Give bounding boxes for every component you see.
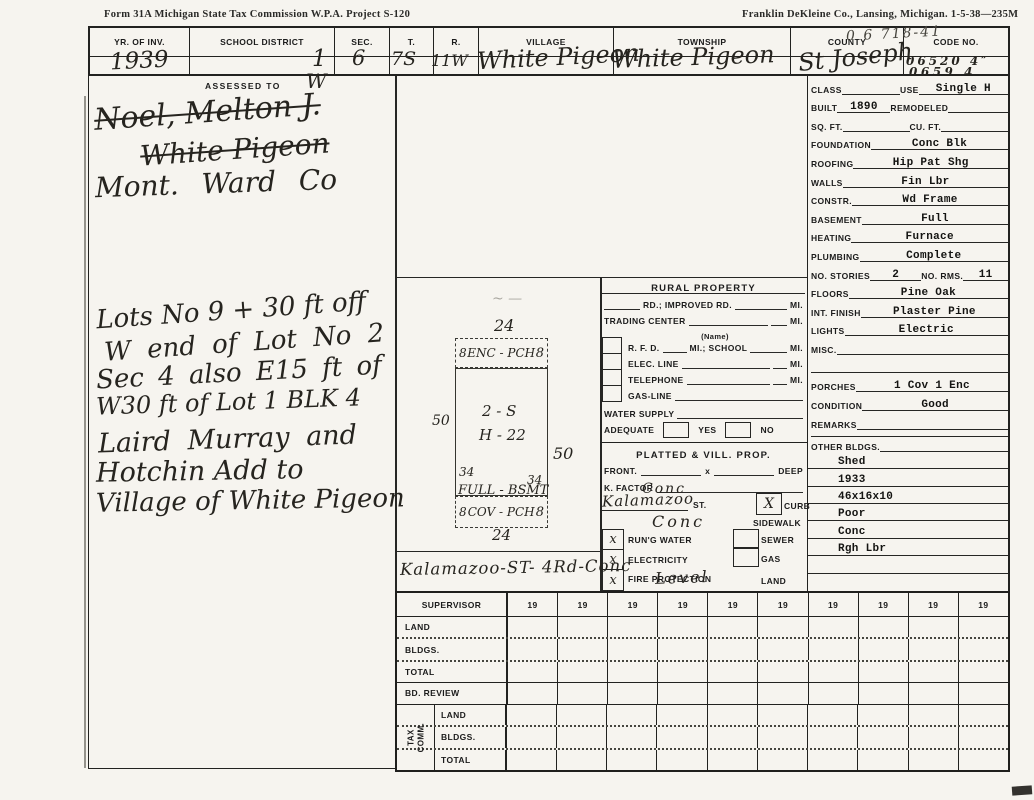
row-label-cell: LAND	[435, 705, 506, 725]
street-frontage-note: Kalamazoo-ST- 4Rd-Conc	[400, 558, 632, 579]
value-cell	[707, 617, 757, 637]
other-bldg-row: Shed	[808, 452, 1008, 469]
trading-name-blank	[689, 314, 768, 326]
value-cell	[908, 683, 958, 703]
field-misc: MISC.	[808, 336, 1008, 355]
value-cell	[857, 750, 907, 770]
tax-comm-rotated-label: TAX COMM.	[397, 705, 435, 770]
supervisor-bldgs-row: BLDGS.	[397, 639, 1008, 661]
value-cell	[507, 617, 557, 637]
foundation-value-line: Conc Blk	[871, 131, 1008, 151]
year-header-cell: 19	[707, 593, 757, 616]
value-cell	[808, 662, 858, 682]
heating-label: HEATING	[811, 233, 851, 243]
value-cell	[657, 639, 707, 659]
value-cell	[606, 727, 656, 747]
field-floors: FLOORSPine Oak	[808, 281, 1008, 300]
tax-comm-total-row: TOTAL	[397, 750, 1008, 770]
other-bldg-row-empty	[808, 556, 1008, 573]
value-cell	[556, 727, 606, 747]
telephone-mi-label: MI.	[790, 375, 803, 385]
value-cell	[858, 639, 908, 659]
deep-blank	[714, 464, 774, 476]
year-label: 19	[978, 600, 988, 610]
street-name-rule	[602, 510, 688, 511]
int-finish-value-line: Plaster Pine	[861, 298, 1008, 318]
condition-value: Good	[921, 400, 949, 411]
electricity-checkbox: x	[602, 549, 624, 570]
value-cell	[958, 750, 1008, 770]
value-cell	[757, 750, 807, 770]
remarks-blank	[857, 410, 1008, 430]
porch-dim-right: 8	[536, 506, 544, 519]
heating-value-line: Furnace	[851, 224, 1008, 244]
value-cell	[507, 639, 557, 659]
condition-value-line: Good	[862, 391, 1008, 411]
lights-value: Electric	[899, 325, 954, 336]
sq-ft-blank	[843, 112, 910, 132]
stories-value: 2	[892, 270, 899, 281]
built-label: BUILT	[811, 103, 837, 113]
value-cell	[958, 662, 1008, 682]
other-bldg-type: Shed	[838, 457, 866, 468]
other-bldgs-label: OTHER BLDGS.	[811, 442, 880, 452]
electricity-checkmark: x	[609, 553, 616, 566]
porch-dim-left: 8	[459, 506, 467, 518]
elec-mi-label: MI.	[790, 359, 803, 369]
gas-line-row: GAS-LINE	[628, 386, 803, 401]
building-detail-column: CLASS USESingle H BUILT1890 REMODELED SQ…	[807, 76, 1010, 591]
foundation-value: Conc Blk	[912, 139, 967, 150]
other-bldg-row: Conc	[808, 521, 1008, 538]
value-cell	[908, 617, 958, 637]
year-header-cell: 19	[507, 593, 557, 616]
field-condition: CONDITIONGood	[808, 392, 1008, 411]
land-row-label: LAND	[405, 622, 430, 632]
blank-rule	[811, 354, 1008, 373]
row-label-cell: BD. REVIEW	[397, 683, 507, 703]
value-cell	[757, 617, 807, 637]
field-porches: PORCHES1 Cov 1 Enc	[808, 373, 1008, 392]
trading-miles-blank	[771, 314, 787, 326]
porch-dim-left: 8	[459, 347, 467, 359]
elec-blank	[682, 357, 770, 369]
porch-dim-right: 8	[536, 347, 544, 360]
other-bldg-row: 1933	[808, 469, 1008, 486]
other-bldgs-blank	[880, 436, 1008, 452]
value-cell	[757, 727, 807, 747]
stories-note: 2 - S	[482, 404, 516, 419]
field-stories-rooms: NO. STORIES2 NO. RMS.11	[808, 262, 1008, 281]
range-value: 11W	[431, 53, 468, 69]
constr-value: Wd Frame	[902, 195, 957, 206]
value-cell	[707, 705, 757, 725]
rooms-value-line: 11	[963, 261, 1008, 281]
value-cell	[707, 750, 757, 770]
water-supply-label: WATER SUPPLY	[604, 409, 674, 419]
value-cell	[657, 617, 707, 637]
value-cell	[958, 705, 1008, 725]
front-deep-row: FRONT. x DEEP	[604, 460, 803, 476]
field-roofing: ROOFINGHip Pat Shg	[808, 150, 1008, 169]
other-bldg-year: 1933	[838, 475, 866, 486]
st-label: ST.	[693, 500, 706, 510]
plumbing-label: PLUMBING	[811, 252, 860, 262]
sketch-top-dimension: 24	[494, 318, 514, 334]
supervisor-land-row: LAND	[397, 617, 1008, 639]
value-cell	[858, 617, 908, 637]
year-header-cell: 19	[858, 593, 908, 616]
form-id-line: Form 31A Michigan State Tax Commission W…	[104, 9, 410, 20]
constr-label: CONSTR.	[811, 196, 852, 206]
value-cell	[507, 683, 557, 703]
value-cell	[808, 617, 858, 637]
assessment-history-table: SUPERVISOR 19 19 19 19 19 19 19 19 19 19…	[395, 591, 1010, 772]
telephone-checkbox	[602, 369, 622, 386]
sidewalk-label: SIDEWALK	[753, 518, 801, 528]
value-cell	[606, 750, 656, 770]
row-label-cell: TOTAL	[397, 662, 507, 682]
front-label: FRONT.	[604, 466, 637, 476]
supervisor-header-cell: SUPERVISOR	[397, 593, 507, 616]
trading-mi-label: MI.	[790, 316, 803, 326]
bldgs-row-label: BLDGS.	[405, 645, 440, 655]
porches-label: PORCHES	[811, 382, 856, 392]
value-cell	[707, 683, 757, 703]
constr-value-line: Wd Frame	[852, 187, 1008, 207]
curb-checkbox: X	[756, 493, 782, 515]
built-value-line: 1890	[837, 94, 890, 114]
basement-value: Full	[921, 214, 949, 225]
assessment-header-row: SUPERVISOR 19 19 19 19 19 19 19 19 19 19	[397, 593, 1008, 617]
scan-corner-mark	[1012, 785, 1033, 795]
enclosed-porch-label: ENC - PCH	[467, 347, 535, 359]
value-cell	[607, 662, 657, 682]
school-blank	[750, 341, 787, 353]
year-label: 19	[828, 600, 838, 610]
value-cell	[908, 705, 958, 725]
other-bldg-walls: Rgh Lbr	[838, 544, 886, 555]
value-cell	[958, 727, 1008, 747]
rural-title-rule	[602, 293, 805, 294]
sketch-street-divider	[395, 551, 600, 552]
tax-comm-land-row: LAND	[397, 705, 1008, 727]
town-value: 7S	[391, 50, 416, 69]
value-cell	[908, 727, 958, 747]
page-fold-edge	[84, 96, 86, 768]
lights-value-line: Electric	[845, 317, 1008, 337]
value-cell	[506, 705, 556, 725]
year-header-cell: 19	[808, 593, 858, 616]
use-value: Single H	[936, 84, 991, 95]
value-cell	[857, 705, 907, 725]
year-label: 19	[578, 600, 588, 610]
rfd-mi-label: MI.	[790, 343, 803, 353]
spacer-rule-row	[808, 355, 1008, 373]
deep-label: DEEP	[778, 466, 803, 476]
year-label: 19	[728, 600, 738, 610]
township-value: White Pigeon	[612, 42, 775, 72]
yes-checkbox	[663, 422, 689, 438]
telephone-label: TELEPHONE	[628, 375, 684, 385]
year-label: 19	[527, 600, 537, 610]
tax-comm-label: TAX COMM.	[406, 719, 425, 757]
assessed-to-label: ASSESSED TO	[205, 81, 281, 91]
sewer-checkbox	[733, 529, 759, 549]
electricity-label: ELECTRICITY	[628, 555, 688, 565]
sidewalk-surface-value: Conc	[652, 514, 705, 530]
rfd-checkbox	[602, 337, 622, 354]
depth-dim-right: 50	[553, 446, 573, 462]
addition-line: Hotchin Add to	[96, 456, 304, 487]
road-name-blank	[604, 298, 640, 310]
col-header: T.	[408, 37, 415, 47]
value-cell	[607, 683, 657, 703]
sq-ft-label: SQ. FT.	[811, 122, 843, 132]
value-cell	[656, 727, 706, 747]
yes-label: YES	[698, 425, 716, 435]
value-cell	[556, 705, 606, 725]
gas-label: GAS	[761, 554, 781, 564]
value-cell	[556, 750, 606, 770]
cu-ft-blank	[941, 112, 1008, 132]
value-cell	[958, 639, 1008, 659]
rfd-blank	[663, 341, 687, 353]
value-cell	[757, 705, 807, 725]
curb-checkmark: X	[764, 497, 774, 511]
sketch-faint-scribble: ~ —	[492, 292, 522, 306]
year-of-inventory-value: 1939	[109, 48, 169, 74]
section-value: 6	[352, 48, 365, 69]
fire-protection-checkmark: x	[609, 574, 616, 587]
floors-value: Pine Oak	[901, 288, 956, 299]
value-cell	[506, 750, 556, 770]
owner-name: Mont. Ward Co	[95, 166, 338, 202]
plumbing-value: Complete	[906, 251, 961, 262]
col-header: YR. OF INV.	[114, 37, 165, 47]
printer-credit-line: Franklin DeKleine Co., Lansing, Michigan…	[742, 9, 1018, 20]
value-cell	[757, 683, 807, 703]
no-label: NO	[760, 425, 774, 435]
height-note: H - 22	[479, 428, 526, 443]
value-cell	[908, 639, 958, 659]
value-cell	[507, 662, 557, 682]
telephone-mi-blank	[773, 373, 787, 385]
school-district-value: 1	[312, 48, 327, 71]
year-label: 19	[678, 600, 688, 610]
tax-land-label: LAND	[441, 710, 466, 720]
value-cell	[557, 617, 607, 637]
side-dim-left: 34	[459, 466, 474, 478]
value-cell	[707, 639, 757, 659]
road-label: RD.; IMPROVED RD.	[643, 300, 732, 310]
adequate-label: ADEQUATE	[604, 425, 654, 435]
row-label-cell: BLDGS.	[435, 727, 506, 747]
year-header-cell: 19	[607, 593, 657, 616]
gas-line-blank	[675, 389, 803, 401]
sewer-label: SEWER	[761, 535, 794, 545]
supervisor-label: SUPERVISOR	[422, 600, 482, 610]
value-cell	[707, 662, 757, 682]
other-bldgs-header: OTHER BLDGS.	[808, 437, 1008, 452]
by-label: x	[705, 466, 710, 476]
field-walls: WALLSFin Lbr	[808, 169, 1008, 188]
remodeled-blank	[948, 94, 1008, 114]
value-cell	[858, 662, 908, 682]
covered-porch-label: COV - PCH	[468, 506, 535, 518]
telephone-blank	[687, 373, 770, 385]
year-header-cell: 19	[657, 593, 707, 616]
other-bldg-row: Rgh Lbr	[808, 539, 1008, 556]
plumbing-value-line: Complete	[860, 242, 1008, 262]
adequate-row: ADEQUATE YES NO	[604, 421, 801, 439]
value-cell	[858, 683, 908, 703]
enclosed-porch-outline: 8 ENC - PCH 8	[455, 338, 548, 368]
col-header: R.	[451, 37, 460, 47]
street-name-value: Kalamazoo	[602, 491, 694, 509]
year-label: 19	[628, 600, 638, 610]
water-supply-blank	[677, 407, 803, 419]
running-water-checkbox: x	[602, 529, 624, 550]
tax-total-label: TOTAL	[441, 755, 471, 765]
value-cell	[656, 705, 706, 725]
value-cell	[958, 617, 1008, 637]
elec-line-row: ELEC. LINE MI.	[628, 354, 803, 369]
value-cell	[707, 727, 757, 747]
water-supply-row: WATER SUPPLY	[604, 404, 803, 419]
walls-value: Fin Lbr	[901, 177, 949, 188]
row-label-cell: TOTAL	[435, 750, 506, 770]
roofing-value: Hip Pat Shg	[893, 158, 969, 169]
tax-bldgs-label: BLDGS.	[441, 732, 476, 742]
total-row-label: TOTAL	[405, 667, 435, 677]
year-label: 19	[878, 600, 888, 610]
value-cell	[506, 727, 556, 747]
year-label: 19	[778, 600, 788, 610]
year-header-cell: 19	[557, 593, 607, 616]
field-foundation: FOUNDATIONConc Blk	[808, 132, 1008, 151]
floors-value-line: Pine Oak	[849, 280, 1008, 300]
board-review-row: BD. REVIEW	[397, 683, 1008, 704]
tax-comm-bldgs-row: BLDGS.	[397, 727, 1008, 749]
value-cell	[657, 683, 707, 703]
other-bldg-size: 46x16x10	[838, 492, 893, 503]
field-lights: LIGHTSElectric	[808, 318, 1008, 337]
value-cell	[757, 662, 807, 682]
other-bldg-row-empty	[808, 574, 1008, 591]
value-cell	[807, 705, 857, 725]
land-label: LAND	[761, 576, 786, 586]
field-class-use: CLASS USESingle H	[808, 76, 1008, 95]
value-cell	[607, 639, 657, 659]
built-value: 1890	[850, 102, 878, 113]
elec-line-label: ELEC. LINE	[628, 359, 679, 369]
value-cell	[557, 639, 607, 659]
int-finish-value: Plaster Pine	[893, 307, 976, 318]
field-int-finish: INT. FINISHPlaster Pine	[808, 299, 1008, 318]
porches-value-line: 1 Cov 1 Enc	[856, 372, 1008, 392]
value-cell	[908, 662, 958, 682]
running-water-label: RUN'G WATER	[628, 535, 692, 545]
addition-line: Village of White Pigeon	[96, 485, 405, 516]
covered-porch-outline: 8 COV - PCH 8	[455, 496, 548, 528]
col-header: SCHOOL DISTRICT	[220, 37, 304, 47]
field-built-remodeled: BUILT1890 REMODELED	[808, 95, 1008, 114]
basement-value-line: Full	[862, 205, 1008, 225]
value-cell	[606, 705, 656, 725]
road-row: RD.; IMPROVED RD. MI.	[604, 295, 803, 310]
no-checkbox	[725, 422, 751, 438]
gas-line-label: GAS-LINE	[628, 391, 672, 401]
depth-dim-left: 50	[432, 414, 450, 428]
year-header-cell: 19	[908, 593, 958, 616]
value-cell	[857, 727, 907, 747]
land-grade-value: Level	[655, 569, 709, 587]
elec-mi-blank	[773, 357, 787, 369]
sketch-bottom-dimension: 24	[492, 528, 511, 543]
value-cell	[557, 683, 607, 703]
supervisor-total-row: TOTAL	[397, 662, 1008, 683]
rfd-school-label: MI.; SCHOOL	[690, 343, 748, 353]
value-cell	[656, 750, 706, 770]
field-constr: CONSTR.Wd Frame	[808, 188, 1008, 207]
porches-value: 1 Cov 1 Enc	[894, 381, 970, 392]
running-water-checkmark: x	[609, 533, 616, 546]
other-bldg-row: 46x16x10	[808, 487, 1008, 504]
rfd-row: R. F. D. MI.; SCHOOL MI.	[628, 338, 803, 353]
field-remarks: REMARKS	[808, 411, 1008, 430]
other-bldg-condition: Poor	[838, 509, 866, 520]
rural-property-section: RURAL PROPERTY RD.; IMPROVED RD. MI. TRA…	[600, 277, 807, 443]
scanned-tax-assessment-card: Form 31A Michigan State Tax Commission W…	[0, 0, 1034, 800]
value-cell	[808, 683, 858, 703]
value-cell	[908, 750, 958, 770]
trading-center-row: TRADING CENTER MI.	[604, 311, 803, 326]
rfd-label: R. F. D.	[628, 343, 660, 353]
misc-blank	[837, 335, 1008, 355]
stories-value-line: 2	[870, 261, 921, 281]
class-blank	[842, 75, 900, 95]
year-label: 19	[928, 600, 938, 610]
value-cell	[807, 750, 857, 770]
other-bldg-foundation: Conc	[838, 527, 866, 538]
road-mi-label: MI.	[790, 300, 803, 310]
heating-value: Furnace	[906, 232, 954, 243]
use-value-line: Single H	[919, 75, 1008, 95]
bd-review-label: BD. REVIEW	[405, 688, 460, 698]
fire-protection-checkbox: x	[602, 569, 624, 591]
road-miles-blank	[735, 298, 787, 310]
elec-line-checkbox	[602, 353, 622, 370]
field-sqft-cuft: SQ. FT. CU. FT.	[808, 113, 1008, 132]
row-label-cell: LAND	[397, 617, 507, 637]
value-cell	[958, 683, 1008, 703]
telephone-row: TELEPHONE MI.	[628, 370, 803, 385]
floors-label: FLOORS	[811, 289, 849, 299]
gas-checkbox	[733, 547, 759, 567]
value-cell	[557, 662, 607, 682]
year-header-cell: 19	[757, 593, 807, 616]
front-blank	[641, 464, 701, 476]
rooms-value: 11	[979, 270, 993, 281]
field-plumbing: PLUMBINGComplete	[808, 243, 1008, 262]
condition-label: CONDITION	[811, 401, 862, 411]
field-heating: HEATINGFurnace	[808, 225, 1008, 244]
trading-center-label: TRADING CENTER	[604, 316, 686, 326]
value-cell	[757, 639, 807, 659]
value-cell	[657, 662, 707, 682]
use-label: USE	[900, 85, 919, 95]
